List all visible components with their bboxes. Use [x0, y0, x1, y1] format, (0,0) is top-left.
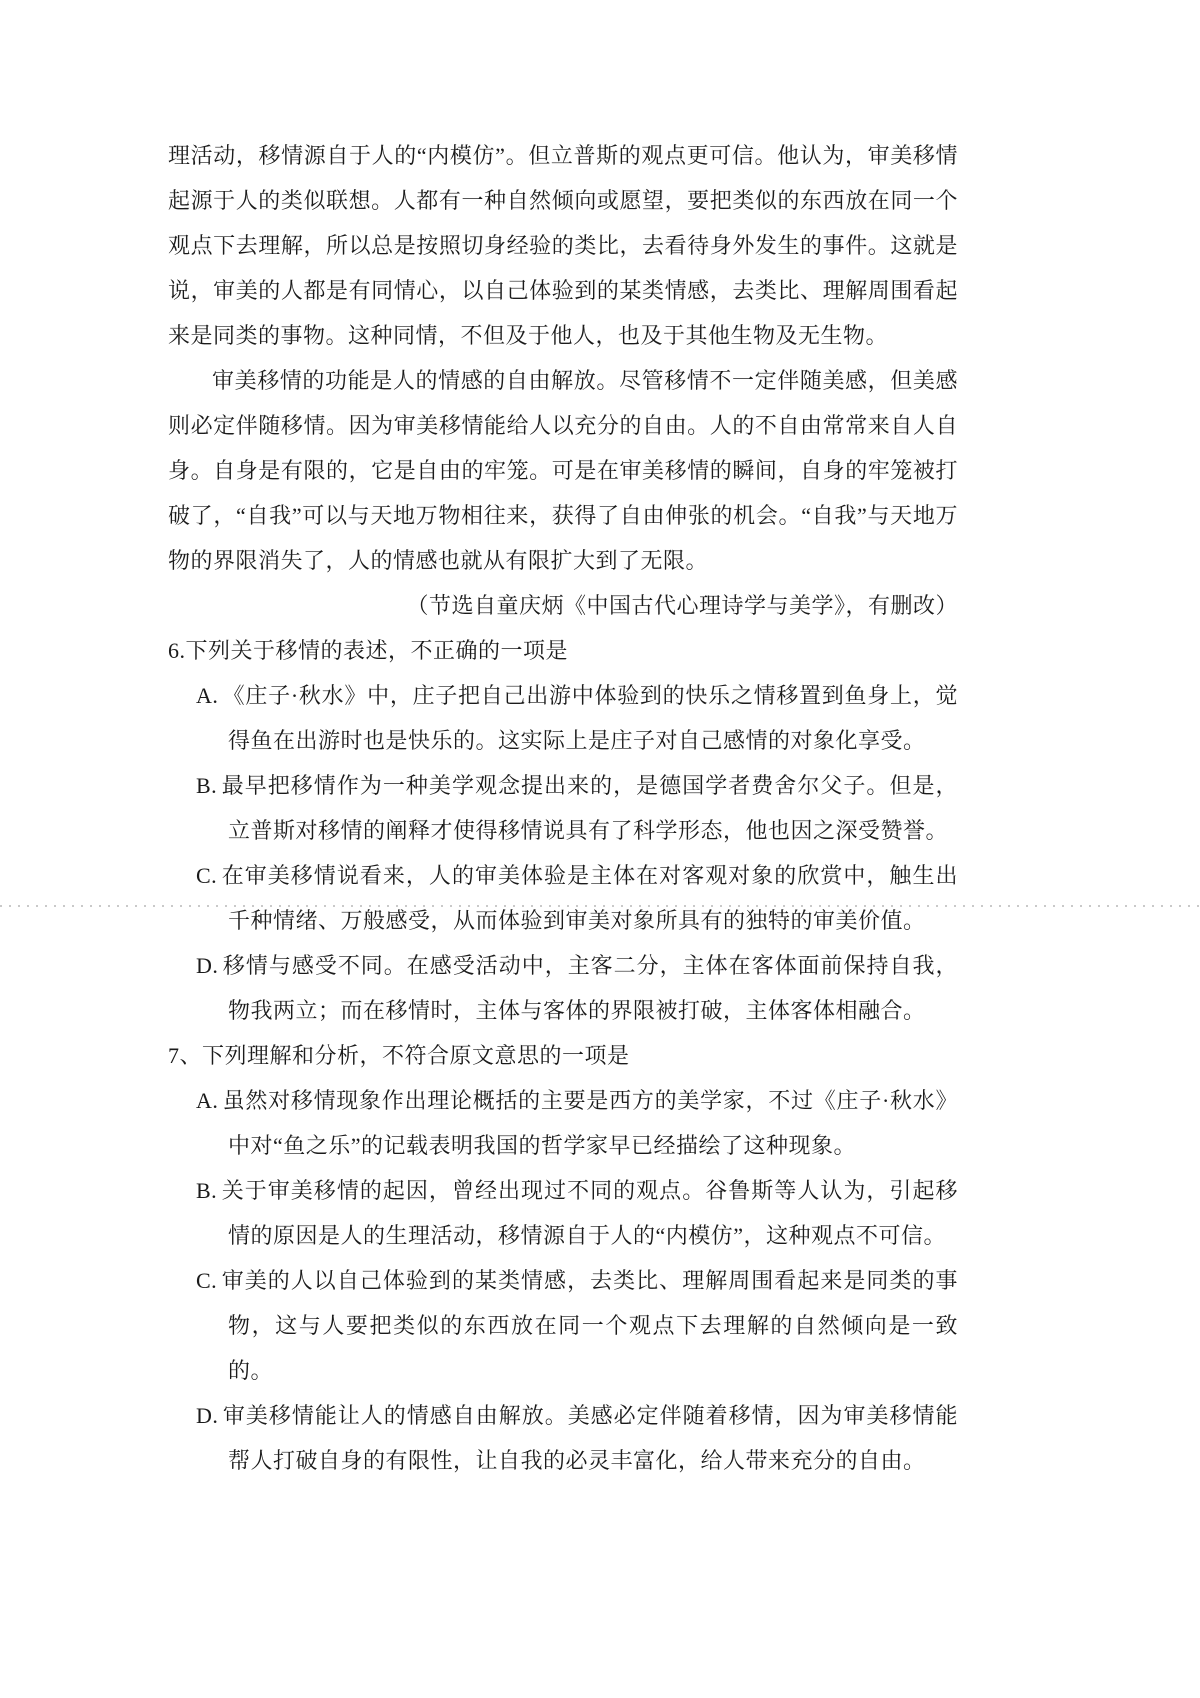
option-text: 虽然对移情现象作出理论概括的主要是西方的美学家，不过《庄子·秋水》中对“鱼之乐”… [222, 1088, 958, 1158]
option-label: A. [196, 1088, 222, 1113]
answer-option: A.虽然对移情现象作出理论概括的主要是西方的美学家，不过《庄子·秋水》中对“鱼之… [168, 1078, 958, 1168]
option-text: 审美的人以自己体验到的某类情感，去类比、理解周围看起来是同类的事物，这与人要把类… [221, 1268, 958, 1383]
option-label: D. [196, 1403, 222, 1428]
answer-option: B.关于审美移情的起因，曾经出现过不同的观点。谷鲁斯等人认为，引起移情的原因是人… [168, 1168, 958, 1258]
question: 7、下列理解和分析，不符合原文意思的一项是A.虽然对移情现象作出理论概括的主要是… [168, 1033, 958, 1483]
question-stem: 7、下列理解和分析，不符合原文意思的一项是 [168, 1033, 958, 1078]
passage-and-questions: 理活动，移情源自于人的“内模仿”。但立普斯的观点更可信。他认为，审美移情起源于人… [168, 133, 958, 1483]
option-label: D. [196, 953, 222, 978]
option-text: 审美移情能让人的情感自由解放。美感必定伴随着移情，因为审美移情能帮人打破自身的有… [222, 1403, 958, 1473]
option-label: B. [196, 773, 221, 798]
option-text: 最早把移情作为一种美学观念提出来的，是德国学者费舍尔父子。但是，立普斯对移情的阐… [221, 773, 958, 843]
page-break-dotted-line [0, 905, 1200, 907]
passage-paragraphs: 理活动，移情源自于人的“内模仿”。但立普斯的观点更可信。他认为，审美移情起源于人… [168, 133, 958, 583]
option-text: 《庄子·秋水》中，庄子把自己出游中体验到的快乐之情移置到鱼身上，觉得鱼在出游时也… [222, 683, 958, 753]
option-text: 移情与感受不同。在感受活动中，主客二分，主体在客体面前保持自我，物我两立；而在移… [222, 953, 958, 1023]
question-stem: 6.下列关于移情的表述，不正确的一项是 [168, 628, 958, 673]
option-label: C. [196, 1268, 221, 1293]
answer-option: D.审美移情能让人的情感自由解放。美感必定伴随着移情，因为审美移情能帮人打破自身… [168, 1393, 958, 1483]
option-label: B. [196, 1178, 221, 1203]
document-page: 理活动，移情源自于人的“内模仿”。但立普斯的观点更可信。他认为，审美移情起源于人… [0, 0, 1200, 1698]
question-stem-text: 下列关于移情的表述，不正确的一项是 [186, 638, 569, 663]
passage-paragraph: 审美移情的功能是人的情感的自由解放。尽管移情不一定伴随美感，但美感则必定伴随移情… [168, 358, 958, 583]
passage-paragraph: 理活动，移情源自于人的“内模仿”。但立普斯的观点更可信。他认为，审美移情起源于人… [168, 133, 958, 358]
source-attribution: （节选自童庆炳《中国古代心理诗学与美学》，有删改） [168, 583, 958, 628]
answer-option: C.审美的人以自己体验到的某类情感，去类比、理解周围看起来是同类的事物，这与人要… [168, 1258, 958, 1393]
option-label: C. [196, 863, 221, 888]
question-number: 6. [168, 638, 186, 663]
question: 6.下列关于移情的表述，不正确的一项是A.《庄子·秋水》中，庄子把自己出游中体验… [168, 628, 958, 1033]
question-number: 7、 [168, 1043, 202, 1068]
option-text: 关于审美移情的起因，曾经出现过不同的观点。谷鲁斯等人认为，引起移情的原因是人的生… [221, 1178, 958, 1248]
questions-section: 6.下列关于移情的表述，不正确的一项是A.《庄子·秋水》中，庄子把自己出游中体验… [168, 628, 958, 1483]
answer-option: C.在审美移情说看来，人的审美体验是主体在对客观对象的欣赏中，触生出千种情绪、万… [168, 853, 958, 943]
option-text: 在审美移情说看来，人的审美体验是主体在对客观对象的欣赏中，触生出千种情绪、万般感… [221, 863, 958, 933]
answer-option: A.《庄子·秋水》中，庄子把自己出游中体验到的快乐之情移置到鱼身上，觉得鱼在出游… [168, 673, 958, 763]
option-label: A. [196, 683, 222, 708]
answer-option: B.最早把移情作为一种美学观念提出来的，是德国学者费舍尔父子。但是，立普斯对移情… [168, 763, 958, 853]
answer-option: D.移情与感受不同。在感受活动中，主客二分，主体在客体面前保持自我，物我两立；而… [168, 943, 958, 1033]
question-stem-text: 下列理解和分析，不符合原文意思的一项是 [202, 1043, 630, 1068]
